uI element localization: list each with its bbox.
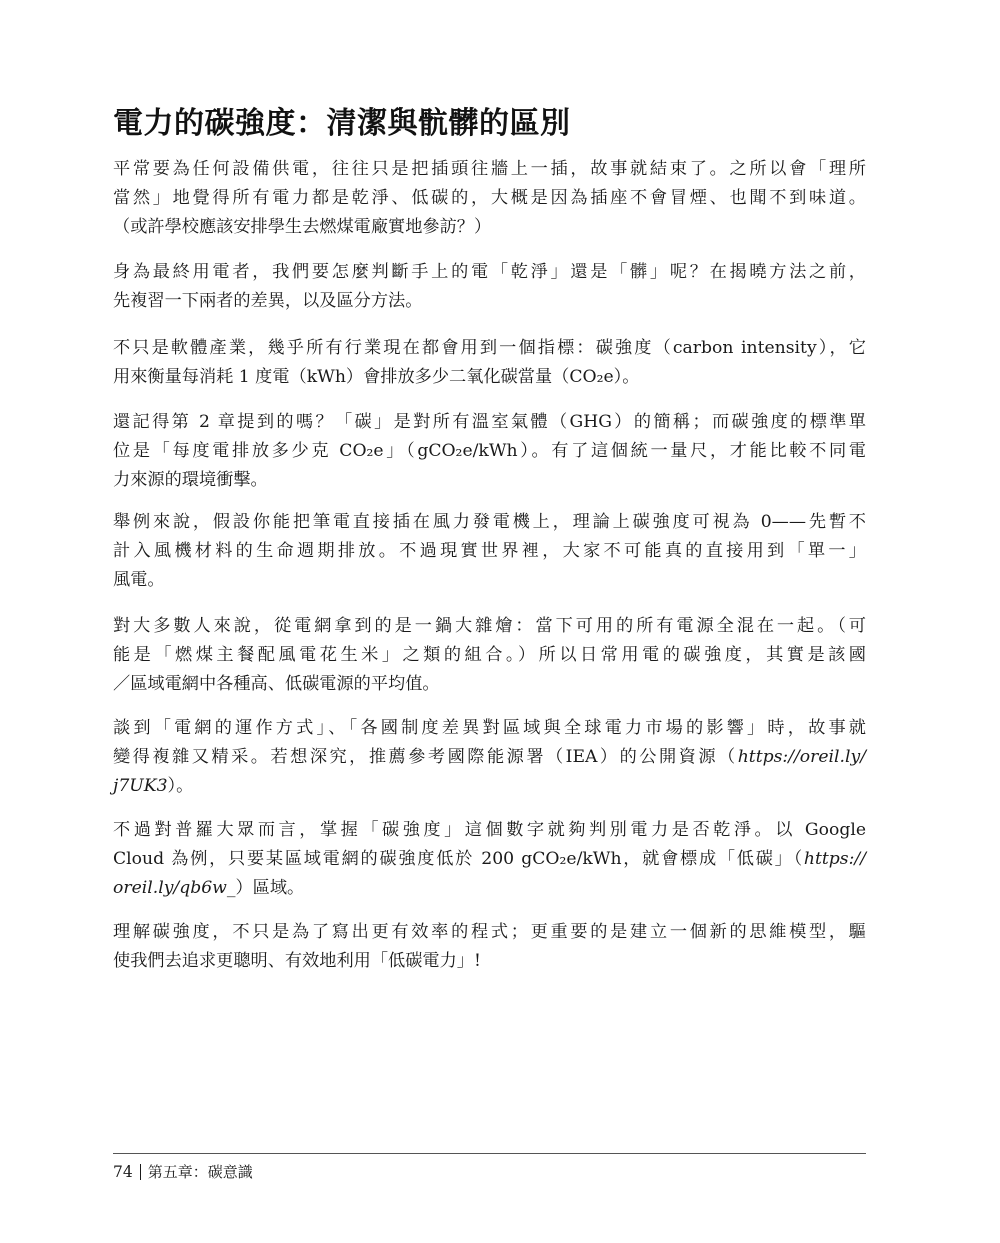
text-segment: Cloud 為例，只要某區域電網的碳強度低於 200 gCO₂e/kWh，就會標…: [113, 849, 804, 869]
text-line: ／區域電網中各種高、低碳電源的平均值。: [113, 670, 866, 699]
text-line: 不只是軟體產業，幾乎所有行業現在都會用到一個指標：碳強度（carbon inte…: [113, 334, 866, 363]
paragraph-wind-example: 舉例來說，假設你能把筆電直接插在風力發電機上，理論上碳強度可視為 0——先暫不 …: [113, 508, 866, 595]
text-line: （或許學校應該安排學生去燃煤電廠實地參訪？）: [113, 213, 866, 242]
text-line: 身為最終用電者，我們要怎麼判斷手上的電「乾淨」還是「髒」呢？在揭曉方法之前，: [113, 258, 866, 287]
text-line: 風電。: [113, 566, 866, 595]
text-line: 談到「電網的運作方式」、「各國制度差異對區域與全球電力市場的影響」時，故事就: [113, 714, 866, 743]
text-line: 理解碳強度，不只是為了寫出更有效率的程式；更重要的是建立一個新的思維模型，驅: [113, 918, 866, 947]
text-line: oreil.ly/qb6w_）區域。: [113, 874, 866, 903]
paragraph-grid-mix: 對大多數人來說，從電網拿到的是一鍋大雜燴：當下可用的所有電源全混在一起。（可 能…: [113, 612, 866, 699]
chapter-title: 第五章：碳意識: [148, 1163, 253, 1181]
paragraph-ghg-units: 還記得第 2 章提到的嗎？「碳」是對所有溫室氣體（GHG）的簡稱；而碳強度的標準…: [113, 408, 866, 495]
text-line: j7UK3）。: [113, 772, 866, 801]
text-line: 使我們去追求更聰明、有效地利用「低碳電力」!: [113, 947, 866, 976]
text-segment: 變得複雜又精采。若想深究，推薦參考國際能源署（IEA）的公開資源（: [113, 747, 738, 767]
google-cloud-link[interactable]: https://: [804, 849, 866, 869]
text-line: 變得複雜又精采。若想深究，推薦參考國際能源署（IEA）的公開資源（https:/…: [113, 743, 866, 772]
paragraph-google-cloud: 不過對普羅大眾而言，掌握「碳強度」這個數字就夠判別電力是否乾淨。以 Google…: [113, 816, 866, 903]
text-line: 先複習一下兩者的差異，以及區分方法。: [113, 287, 866, 316]
text-line: 當然」地覺得所有電力都是乾淨、低碳的，大概是因為插座不會冒煙、也聞不到味道。: [113, 184, 866, 213]
text-segment: ）。: [168, 776, 194, 796]
text-line: 能是「燃煤主餐配風電花生米」之類的組合。）所以日常用電的碳強度，其實是該國: [113, 641, 866, 670]
paragraph-iea-resources: 談到「電網的運作方式」、「各國制度差異對區域與全球電力市場的影響」時，故事就 變…: [113, 714, 866, 801]
text-line: 計入風機材料的生命週期排放。不過現實世界裡，大家不可能真的直接用到「單一」: [113, 537, 866, 566]
text-line: 對大多數人來說，從電網拿到的是一鍋大雜燴：當下可用的所有電源全混在一起。（可: [113, 612, 866, 641]
footer-divider: [113, 1153, 866, 1154]
iea-link[interactable]: https://oreil.ly/: [738, 747, 866, 767]
text-line: 力來源的環境衝擊。: [113, 466, 866, 495]
section-title: 電力的碳強度：清潔與骯髒的區別: [113, 104, 571, 144]
text-line: 還記得第 2 章提到的嗎？「碳」是對所有溫室氣體（GHG）的簡稱；而碳強度的標準…: [113, 408, 866, 437]
document-page: 電力的碳強度：清潔與骯髒的區別 平常要為任何設備供電，往往只是把插頭往牆上一插，…: [113, 0, 866, 1243]
page-footer: 74第五章：碳意識: [113, 1160, 253, 1184]
text-line: Cloud 為例，只要某區域電網的碳強度低於 200 gCO₂e/kWh，就會標…: [113, 845, 866, 874]
text-line: 平常要為任何設備供電，往往只是把插頭往牆上一插，故事就結束了。之所以會「理所: [113, 155, 866, 184]
page-number: 74: [113, 1163, 133, 1181]
paragraph-conclusion: 理解碳強度，不只是為了寫出更有效率的程式；更重要的是建立一個新的思維模型，驅 使…: [113, 918, 866, 976]
paragraph-carbon-intensity-definition: 不只是軟體產業，幾乎所有行業現在都會用到一個指標：碳強度（carbon inte…: [113, 334, 866, 392]
paragraph-end-user: 身為最終用電者，我們要怎麼判斷手上的電「乾淨」還是「髒」呢？在揭曉方法之前， 先…: [113, 258, 866, 316]
text-line: 位是「每度電排放多少克 CO₂e」（gCO₂e/kWh）。有了這個統一量尺，才能…: [113, 437, 866, 466]
iea-link-continued[interactable]: j7UK3: [113, 776, 168, 796]
google-cloud-link-continued[interactable]: oreil.ly/qb6w_: [113, 878, 235, 898]
paragraph-intro: 平常要為任何設備供電，往往只是把插頭往牆上一插，故事就結束了。之所以會「理所 當…: [113, 155, 866, 242]
text-segment: ）區域。: [235, 878, 304, 898]
text-line: 舉例來說，假設你能把筆電直接插在風力發電機上，理論上碳強度可視為 0——先暫不: [113, 508, 866, 537]
footer-separator: [140, 1164, 141, 1180]
text-line: 用來衡量每消耗 1 度電（kWh）會排放多少二氧化碳當量（CO₂e）。: [113, 363, 866, 392]
text-line: 不過對普羅大眾而言，掌握「碳強度」這個數字就夠判別電力是否乾淨。以 Google: [113, 816, 866, 845]
